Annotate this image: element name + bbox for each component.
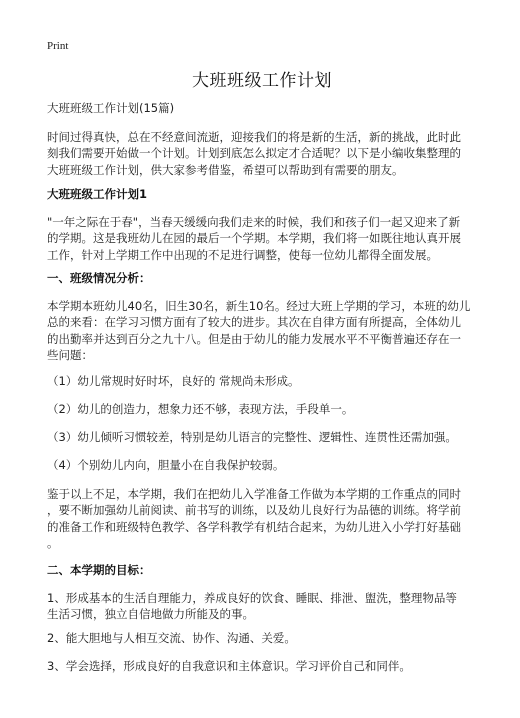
text-line: 的学期。这是我班幼儿在园的最后一个学期。本学期，我们将一如既往地认真开展 [47, 230, 477, 246]
text-line: 些问题： [47, 347, 477, 363]
text-line: 的出勤率并达到百分之九十八。但是由于幼儿的能力发展水平不平衡普遍还存在一 [47, 331, 477, 347]
text-line: 总的来看：在学习习惯方面有了较大的进步。其次在自律方面有所提高，全体幼儿 [47, 314, 477, 330]
goal-item: 1、形成基本的生活自理能力，养成良好的饮食、睡眠、排泄、盥洗，整理物品等 生活习… [47, 590, 477, 623]
text-line: 时间过得真快，总在不经意间流逝，迎接我们的将是新的生活，新的挑战，此时此 [47, 129, 477, 145]
text-line: 的准备工作和班级特色教学、各学科教学有机结合起来，为幼儿进入小学打好基础 [47, 519, 477, 535]
text-line: 生活习惯，独立自信地做力所能及的事。 [47, 606, 477, 622]
text-line: "一年之际在于春"，当春天缓缓向我们走来的时候，我们和孩子们一起又迎来了新 [47, 214, 477, 230]
problem-item: （1）幼儿常规时好时坏，良好的 常规尚未形成。 [47, 373, 477, 389]
problem-item: （3）幼儿倾听习惯较差，特别是幼儿语言的完整性、逻辑性、连贯性还需加强。 [47, 429, 477, 445]
text-line: 刻我们需要开始做一个计划。计划到底怎么拟定才合适呢？以下是小编收集整理的 [47, 145, 477, 161]
analysis-heading: 一、班级情况分析： [47, 270, 477, 286]
analysis-paragraph: 本学期本班幼儿40名，旧生30名，新生10名。经过大班上学期的学习，本班的幼儿 … [47, 298, 477, 363]
text-line: 1、形成基本的生活自理能力，养成良好的饮食、睡眠、排泄、盥洗，整理物品等 [47, 590, 477, 606]
print-label: Print [47, 40, 68, 52]
text-line: 大班班级工作计划，供大家参考借鉴，希望可以帮助到有需要的朋友。 [47, 162, 477, 178]
text-line: ，要不断加强幼儿前阅读、前书写的训练，以及幼儿良好行为品德的训练。将学前 [47, 502, 477, 518]
conclusion-paragraph: 鉴于以上不足，本学期，我们在把幼儿入学准备工作做为本学期的工作重点的同时 ，要不… [47, 486, 477, 551]
document-title: 大班班级工作计划 [47, 66, 477, 91]
problem-item: （4）个别幼儿内向，胆量小在自我保护较弱。 [47, 457, 477, 473]
text-line: 。 [47, 535, 477, 551]
goals-heading: 二、本学期的目标： [47, 562, 477, 578]
document-subtitle: 大班班级工作计划(15篇) [47, 100, 174, 116]
text-line: 工作，针对上学期工作中出现的不足进行调整，使每一位幼儿都得全面发展。 [47, 247, 477, 263]
text-line: 鉴于以上不足，本学期，我们在把幼儿入学准备工作做为本学期的工作重点的同时 [47, 486, 477, 502]
section1-intro-paragraph: "一年之际在于春"，当春天缓缓向我们走来的时候，我们和孩子们一起又迎来了新 的学… [47, 214, 477, 263]
goal-item: 3、学会选择，形成良好的自我意识和主体意识。学习评价自己和同伴。 [47, 658, 477, 674]
section-heading: 大班班级工作计划1 [47, 186, 477, 202]
problem-item: （2）幼儿的创造力，想象力还不够，表现方法，手段单一。 [47, 401, 477, 417]
intro-paragraph: 时间过得真快，总在不经意间流逝，迎接我们的将是新的生活，新的挑战，此时此 刻我们… [47, 129, 477, 178]
goal-item: 2、能大胆地与人相互交流、协作、沟通、关爱。 [47, 630, 477, 646]
text-line: 本学期本班幼儿40名，旧生30名，新生10名。经过大班上学期的学习，本班的幼儿 [47, 298, 477, 314]
